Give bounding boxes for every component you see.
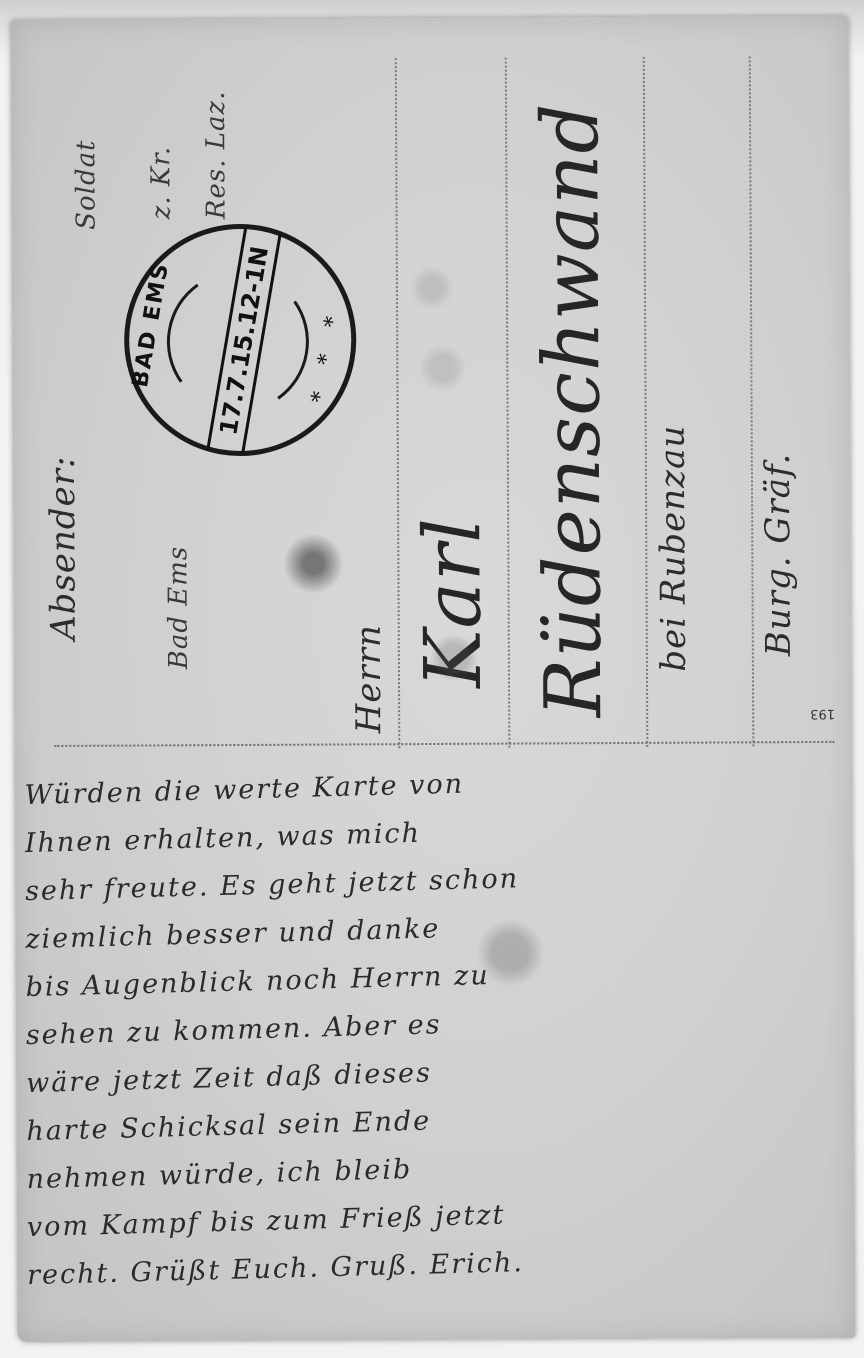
recipient-line: Herrn (349, 624, 390, 733)
recipient-line: Burg. Gräf. (758, 453, 799, 657)
postcard: Herrn Karl Rüdenschwand bei Rubenzau Bur… (11, 16, 856, 1342)
message-line: sehen zu kommen. Aber es (25, 1009, 441, 1051)
sender-line: Bad Ems (163, 546, 194, 670)
recipient-line: Rüdenschwand (526, 102, 619, 717)
message-line: vom Kampf bis zum Frieß jetzt (26, 1200, 505, 1244)
sender-line: Soldat (71, 139, 101, 230)
recipient-line: bei Rubenzau (653, 425, 694, 672)
sender-line: Absender: (43, 455, 84, 640)
address-message-divider (54, 741, 834, 747)
address-line-2 (505, 58, 511, 748)
address-line-3 (643, 57, 649, 747)
recipient-line: Karl (408, 517, 499, 688)
message-line: sehr freute. Es geht jetzt schon (25, 863, 520, 907)
serial-number: 193 (810, 706, 835, 721)
message-line: nehmen würde, ich bleib (26, 1154, 412, 1195)
address-line-1 (395, 58, 401, 748)
sender-line: z. Kr. (146, 146, 176, 220)
message-line: ziemlich besser und danke (25, 913, 441, 955)
message-line: bis Augenblick noch Herrn zu (25, 960, 490, 1003)
sender-line: Res. Laz. (201, 90, 232, 219)
message-line: wäre jetzt Zeit daß dieses (26, 1058, 433, 1100)
message-line: recht. Grüßt Euch. Gruß. Erich. (27, 1247, 525, 1291)
message-line: Ihnen erhalten, was mich (24, 818, 421, 859)
message-line: Würden die werte Karte von (24, 769, 464, 811)
message-line: harte Schicksal sein Ende (26, 1106, 432, 1148)
postmark-stamp: BAD EMS 17.7.15.12-1N * * * (106, 206, 374, 474)
address-line-4 (749, 56, 755, 746)
